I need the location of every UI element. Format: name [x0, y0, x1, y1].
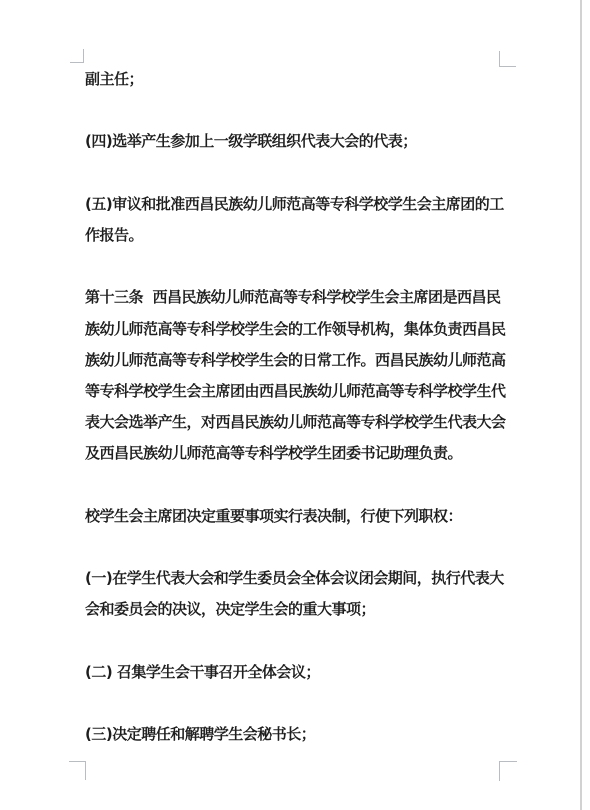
- text-line: 校学生会主席团决定重要事项实行表决制，行使下列职权：: [85, 501, 503, 532]
- text-line: 会和委员会的决议，决定学生会的重大事项；: [85, 594, 503, 625]
- crop-mark-bottom-right: [499, 761, 517, 781]
- paragraph: 第十三条 西昌民族幼儿师范高等专科学校学生会主席团是西昌民族幼儿师范高等专科学校…: [85, 282, 503, 469]
- text-line: (四)选举产生参加上一级学联组织代表大会的代表；: [85, 126, 503, 157]
- paragraph: (五)审议和批准西昌民族幼儿师范高等专科学校学生会主席团的工作报告。: [85, 189, 503, 251]
- text-line: (一)在学生代表大会和学生委员会全体会议闭会期间，执行代表大: [85, 563, 503, 594]
- text-line: (五)审议和批准西昌民族幼儿师范高等专科学校学生会主席团的工: [85, 189, 503, 220]
- text-line: 族幼儿师范高等专科学校学生会的日常工作。西昌民族幼儿师范高: [85, 345, 503, 376]
- paragraph: (二) 召集学生会干事召开全体会议；: [85, 657, 503, 688]
- paragraph: 校学生会主席团决定重要事项实行表决制，行使下列职权：: [85, 501, 503, 532]
- text-line: 第十三条 西昌民族幼儿师范高等专科学校学生会主席团是西昌民: [85, 282, 503, 313]
- page-edge-line: [580, 0, 582, 810]
- text-line: 作报告。: [85, 220, 503, 251]
- crop-mark-top-left: [70, 49, 84, 63]
- paragraph: (一)在学生代表大会和学生委员会全体会议闭会期间，执行代表大会和委员会的决议，决…: [85, 563, 503, 625]
- text-line: (三)决定聘任和解聘学生会秘书长；: [85, 719, 503, 750]
- text-line: 等专科学校学生会主席团由西昌民族幼儿师范高等专科学校学生代: [85, 376, 503, 407]
- paragraph: (三)决定聘任和解聘学生会秘书长；: [85, 719, 503, 750]
- paragraph: 副主任；: [85, 64, 503, 95]
- document-page: 副主任；(四)选举产生参加上一级学联组织代表大会的代表；(五)审议和批准西昌民族…: [0, 0, 590, 810]
- text-line: 表大会选举产生，对西昌民族幼儿师范高等专科学校学生代表大会: [85, 407, 503, 438]
- text-line: 及西昌民族幼儿师范高等专科学校学生团委书记助理负责。: [85, 438, 503, 469]
- text-line: 族幼儿师范高等专科学校学生会的工作领导机构，集体负责西昌民: [85, 314, 503, 345]
- crop-mark-bottom-left: [69, 761, 86, 780]
- paragraph: (四)选举产生参加上一级学联组织代表大会的代表；: [85, 126, 503, 157]
- text-line: 副主任；: [85, 64, 503, 95]
- document-content: 副主任；(四)选举产生参加上一级学联组织代表大会的代表；(五)审议和批准西昌民族…: [85, 64, 503, 750]
- text-line: (二) 召集学生会干事召开全体会议；: [85, 657, 503, 688]
